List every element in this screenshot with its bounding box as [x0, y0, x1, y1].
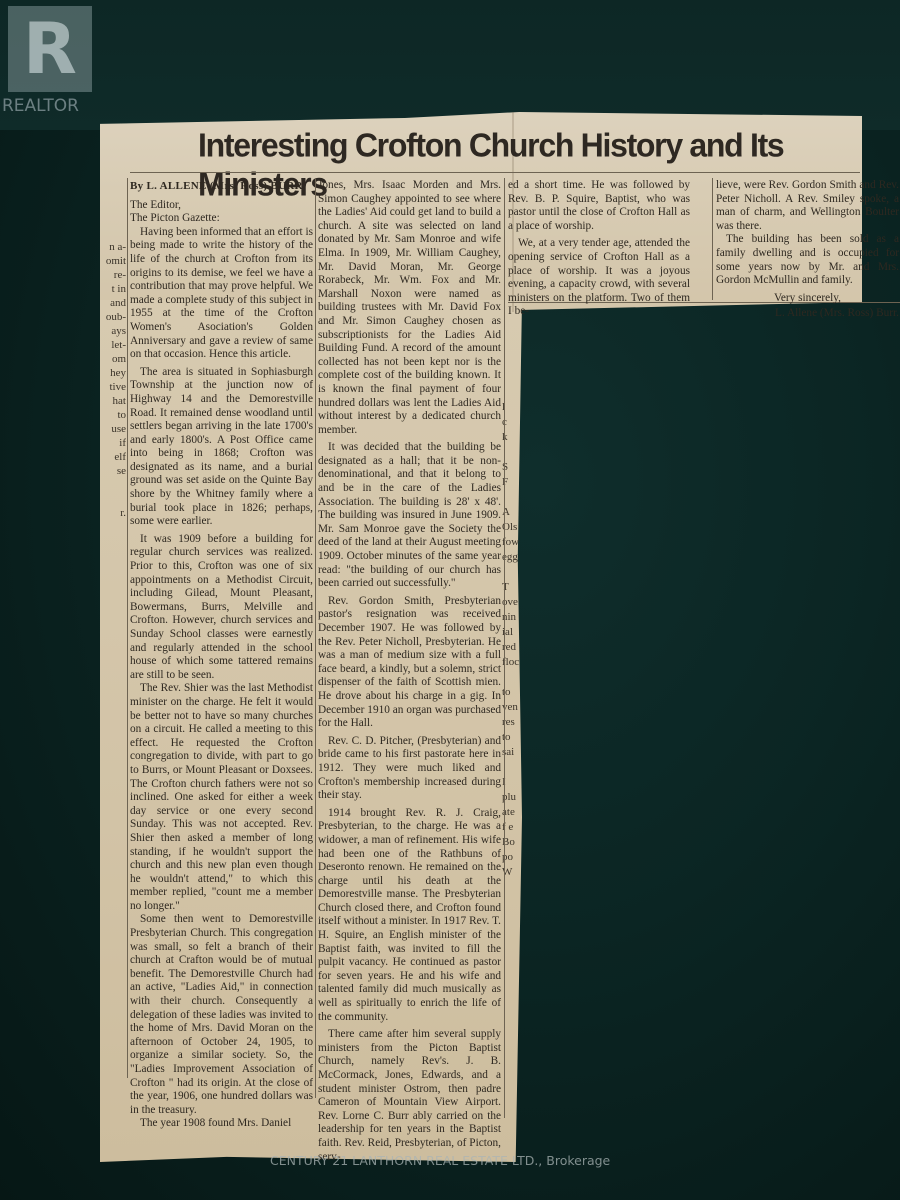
fragment-text: nin [502, 610, 524, 625]
fragment-text: red [502, 640, 524, 655]
fragment-text: k [502, 430, 524, 445]
realtor-r-icon: R [8, 6, 92, 92]
fragment-text: hey [100, 366, 126, 380]
closing: Very sincerely, [716, 292, 899, 306]
realtor-wordmark: REALTOR [2, 96, 102, 116]
paragraph: Having been informed that an effort is b… [130, 226, 313, 362]
fragment-text: to [502, 730, 524, 745]
article-column-1: By L. ALLENE (Mrs. Ross) BURR The Editor… [130, 180, 313, 1131]
paragraph: The building has been sold as a family d… [716, 233, 899, 287]
fragment-text [502, 565, 524, 580]
article-byline: By L. ALLENE (Mrs. Ross) BURR [130, 180, 313, 194]
fragment-text [502, 490, 524, 505]
fragment-text [100, 492, 126, 506]
fragment-text: Ols [502, 520, 524, 535]
fragment-text: to [100, 408, 126, 422]
salutation-line: The Editor, [130, 199, 313, 213]
fragment-text: ial [502, 625, 524, 640]
adjacent-article-left-edge: n a-omitre-t inandoub-ayslet-omheytiveha… [100, 240, 126, 1060]
realtor-logo: R REALTOR [0, 0, 100, 120]
paragraph: The Rev. Shier was the last Methodist mi… [130, 682, 313, 913]
paragraph: We, at a very tender age, attended the o… [508, 237, 690, 319]
paragraph: ed a short time. He was followed by Rev.… [508, 179, 690, 233]
article-column-4: lieve, were Rev. Gordon Smith and Rev. P… [716, 179, 899, 321]
paragraph: Jones, Mrs. Isaac Morden and Mrs. Simon … [318, 179, 501, 437]
leather-backdrop [0, 0, 900, 130]
fragment-text: re- [100, 268, 126, 282]
fragment-text: r. [100, 506, 126, 520]
article-column-2: Jones, Mrs. Isaac Morden and Mrs. Simon … [318, 179, 501, 1164]
fragment-text [502, 760, 524, 775]
brokerage-watermark: CENTURY 21 LANTHORN REAL ESTATE LTD., Br… [270, 1153, 670, 1168]
adjacent-article-right-edge: lck SF AOlsfowegg Toveninialredfloc tove… [502, 400, 524, 1140]
fragment-text: omit [100, 254, 126, 268]
paragraph: Rev. Gordon Smith, Presbyterian pastor's… [318, 595, 501, 731]
paragraph: Rev. C. D. Pitcher, (Presbyterian) and b… [318, 735, 501, 803]
fragment-text [502, 670, 524, 685]
fragment-text: egg [502, 550, 524, 565]
fragment-text: oub- [100, 310, 126, 324]
fragment-text [502, 445, 524, 460]
column-rule [127, 178, 128, 1078]
fragment-text: l [502, 400, 524, 415]
fragment-text: res [502, 715, 524, 730]
column-rule [504, 178, 505, 1118]
signature: L. Allene (Mrs. Ross) Burr. [716, 307, 899, 321]
column-rule [712, 178, 713, 300]
fragment-text: f e [502, 820, 524, 835]
fragment-text: fow [502, 535, 524, 550]
fragment-text: po [502, 850, 524, 865]
fragment-text: to [502, 685, 524, 700]
paragraph: lieve, were Rev. Gordon Smith and Rev. P… [716, 179, 899, 233]
fragment-text: om [100, 352, 126, 366]
fragment-text: ove [502, 595, 524, 610]
fragment-text: c [502, 415, 524, 430]
fragment-text [100, 478, 126, 492]
paragraph: The year 1908 found Mrs. Daniel [130, 1117, 313, 1131]
fragment-text: S [502, 460, 524, 475]
paragraph: 1914 brought Rev. R. J. Craig, Presbyter… [318, 807, 501, 1025]
fragment-text: tive [100, 380, 126, 394]
paragraph: It was 1909 before a building for regula… [130, 533, 313, 683]
paragraph: There came after him several supply mini… [318, 1028, 501, 1164]
fragment-text: if [100, 436, 126, 450]
fragment-text: I [502, 775, 524, 790]
paragraph: It was decided that the building be desi… [318, 441, 501, 591]
fragment-text: use [100, 422, 126, 436]
fragment-text: F [502, 475, 524, 490]
fragment-text: plu [502, 790, 524, 805]
paragraph: Some then went to Demorestville Presbyte… [130, 913, 313, 1117]
fragment-text: se [100, 464, 126, 478]
fragment-text: W [502, 865, 524, 880]
fragment-text: Bo [502, 835, 524, 850]
fragment-text: sai [502, 745, 524, 760]
column-rule [315, 178, 316, 1098]
fragment-text: t in [100, 282, 126, 296]
headline-rule [130, 172, 860, 173]
fragment-text: A [502, 505, 524, 520]
fragment-text: ays [100, 324, 126, 338]
fragment-text: elf [100, 450, 126, 464]
article-column-3: ed a short time. He was followed by Rev.… [508, 179, 690, 319]
paragraph: The area is situated in Sophiasburgh Tow… [130, 366, 313, 529]
fragment-text: floc [502, 655, 524, 670]
salutation-line: The Picton Gazette: [130, 212, 313, 226]
fragment-text: let- [100, 338, 126, 352]
fragment-text: hat [100, 394, 126, 408]
fragment-text: ate [502, 805, 524, 820]
fragment-text: n a- [100, 240, 126, 254]
fragment-text: and [100, 296, 126, 310]
fragment-text: ven [502, 700, 524, 715]
fragment-text: T [502, 580, 524, 595]
